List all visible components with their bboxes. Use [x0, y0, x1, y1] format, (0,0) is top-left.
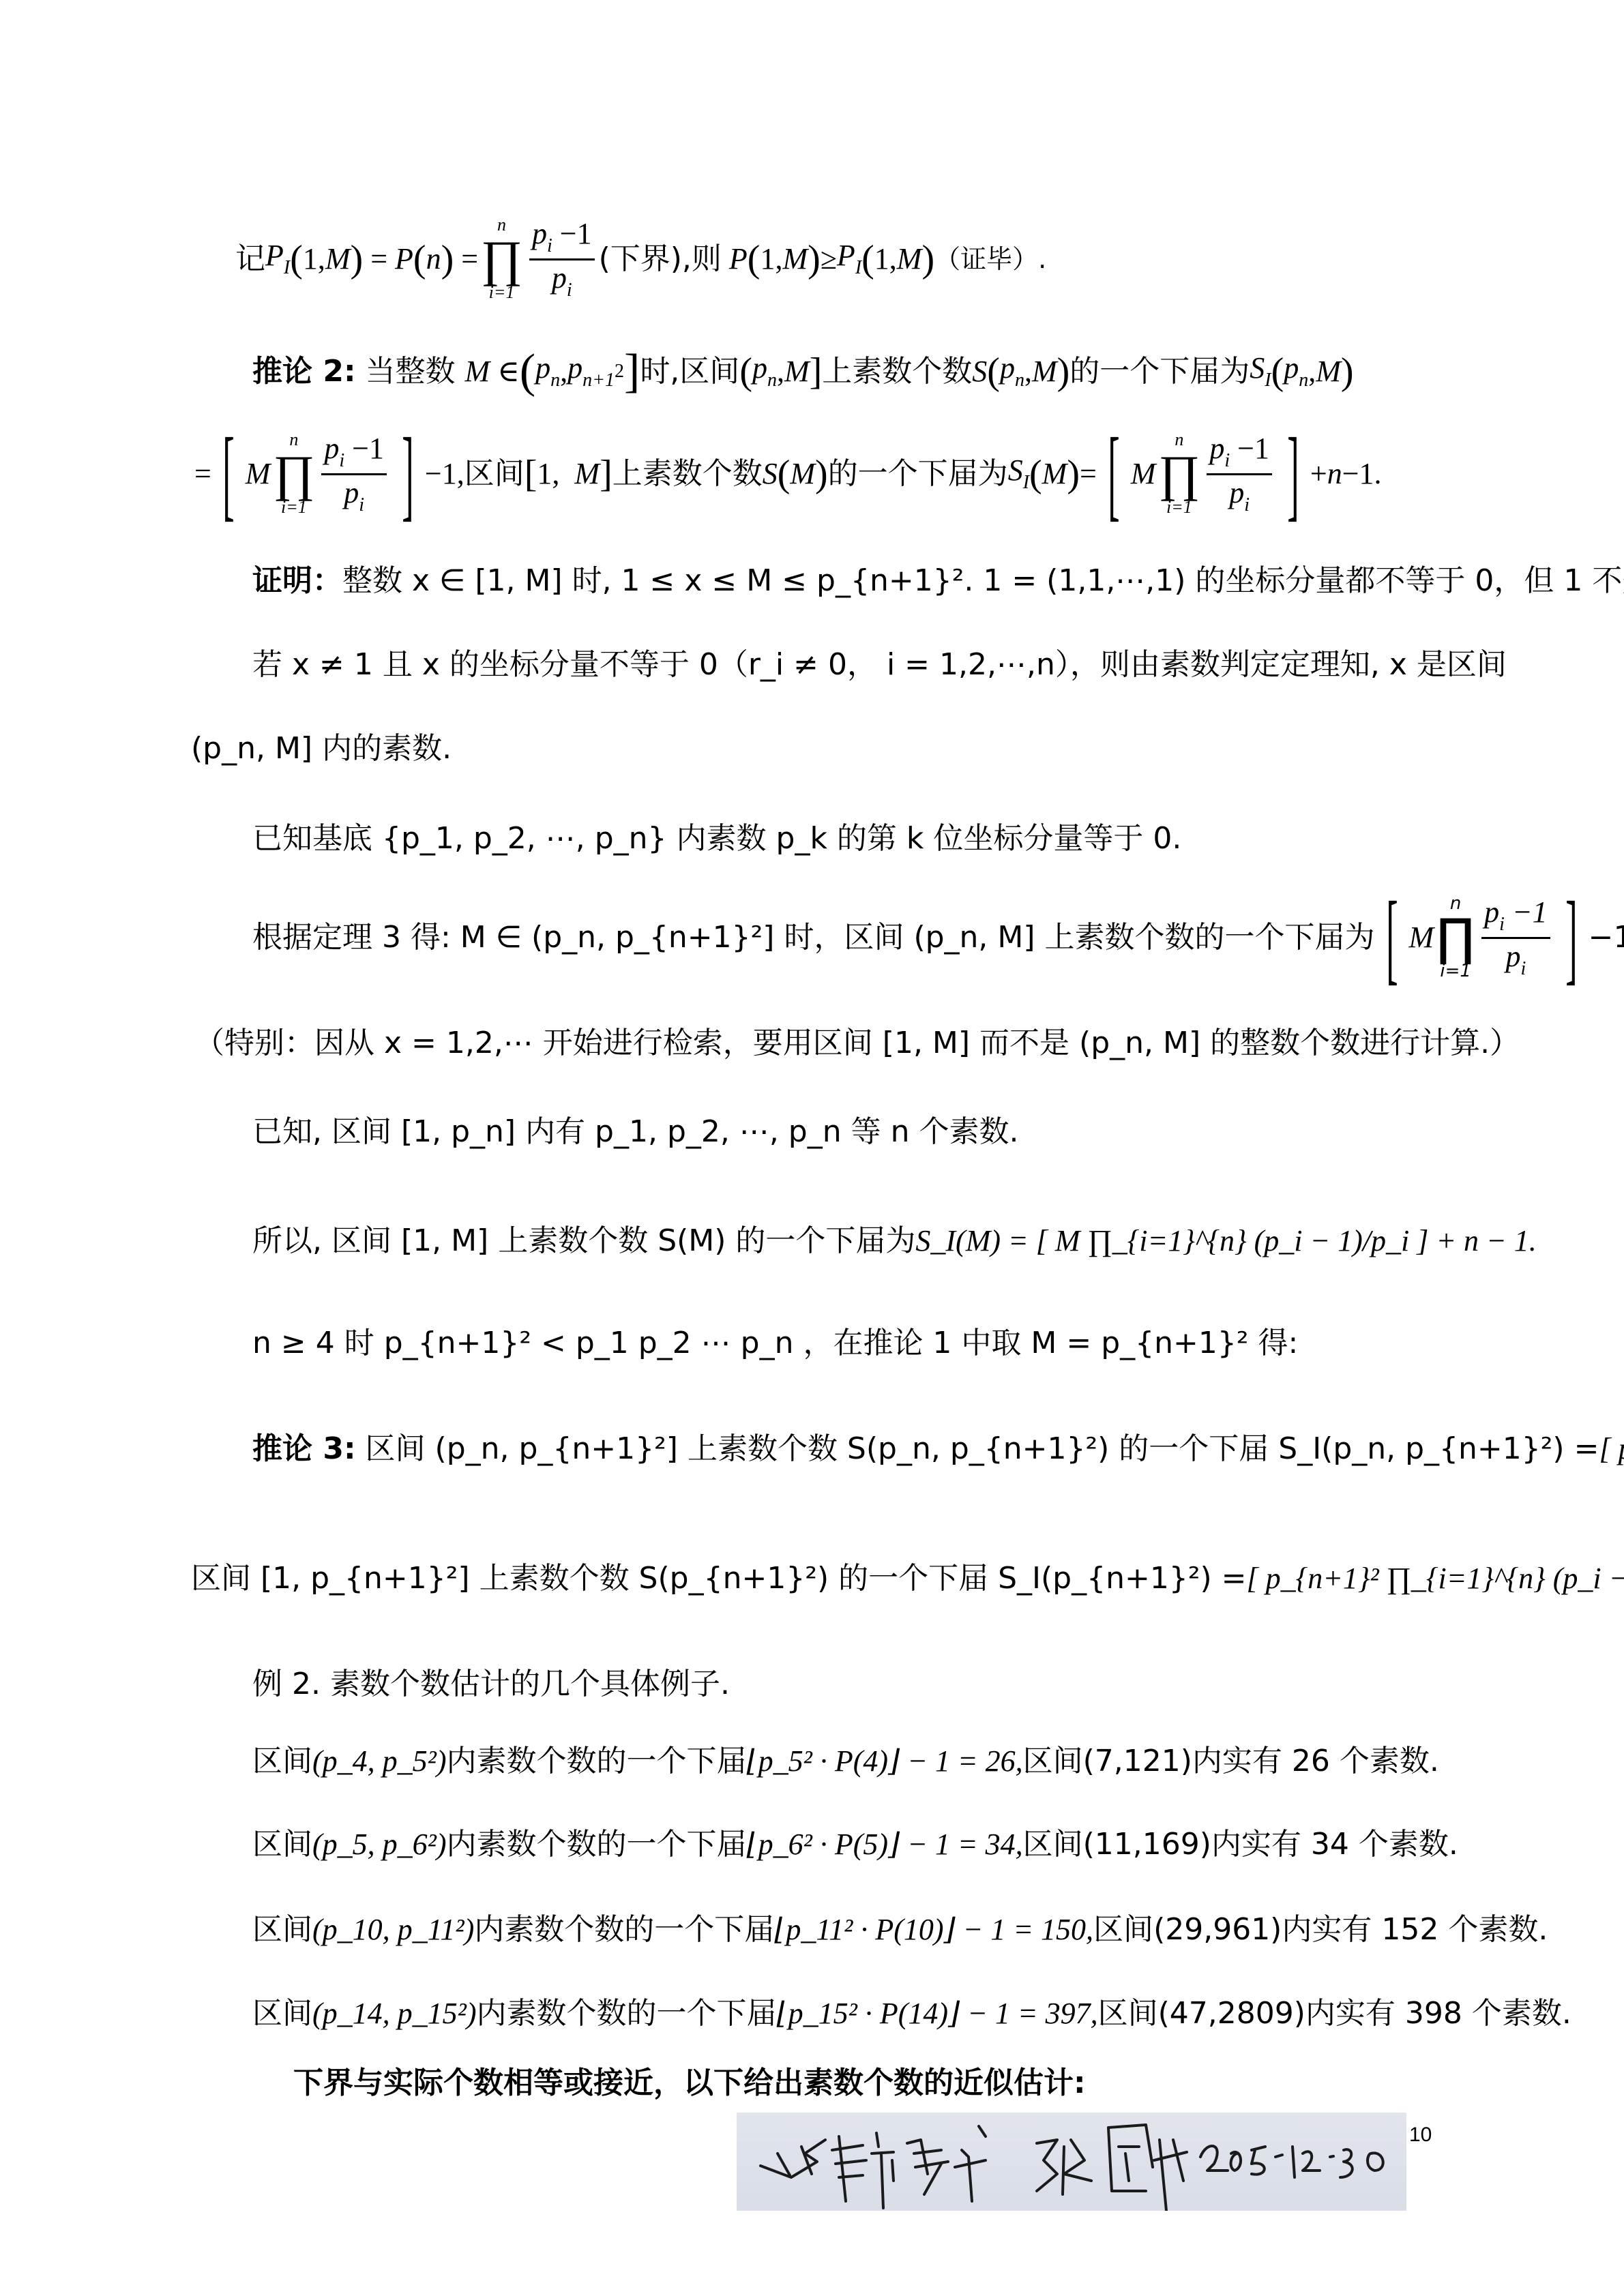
closing-line: 下界与实际个数相等或接近，以下给出素数个数的近似估计:	[293, 2063, 1086, 2104]
example-row: 区间(p_5, p_6²)内素数个数的一个下届⌊p_6² · P(5)⌋ − 1…	[252, 1821, 1458, 1868]
proof-label: 证明：	[252, 566, 342, 596]
proof-line-5: 根据定理 3 得: M ∈ (p_n, p_{n+1}²] 时，区间 (p_n,…	[252, 886, 1624, 989]
corollary-2-formula: =[M n∏i=1 pi −1pi ]−1, 区间 [1, M] 上素数个数 S…	[194, 423, 1382, 525]
qed-mark: （证毕）.	[934, 246, 1046, 272]
proof-line-4: 已知基底 {p_1, p_2, ⋯, p_n} 内素数 p_k 的第 k 位坐标…	[252, 818, 1181, 859]
text-ji: 记	[235, 244, 265, 274]
example-row: 区间(p_10, p_11²)内素数个数的一个下届⌊p_11² · P(10)⌋…	[252, 1906, 1548, 1954]
corollary-3-line-2: 区间 [1, p_{n+1}²] 上素数个数 S(p_{n+1}²) 的一个下届…	[191, 1534, 1624, 1623]
lower-bound-formula: S_I(M) = [ M ∏_{i=1}^{n} (p_i − 1)/p_i ]…	[915, 1226, 1536, 1256]
known-primes-line: 已知, 区间 [1, p_n] 内有 p_1, p_2, ⋯, p_n 等 n …	[252, 1112, 1018, 1152]
example-row: 区间(p_4, p_5²)内素数个数的一个下届⌊p_5² · P(4)⌋ − 1…	[252, 1738, 1439, 1785]
corollary-label: 推论 2	[252, 357, 344, 387]
signature-strokes	[737, 2113, 1406, 2211]
fraction: pi −1pi	[529, 219, 595, 300]
line-definition-PI: 记 PI(1,M) = P(n) = n∏i=1 pi −1pi (下界), 则…	[235, 218, 1046, 300]
handwritten-signature	[737, 2113, 1406, 2211]
corollary-3-formula-2: [ p_{n+1}² ∏_{i=1}^{n} (p_i − 1)/p_i ] +…	[1247, 1564, 1624, 1594]
example-row: 区间(p_14, p_15²)内素数个数的一个下届⌊p_15² · P(14)⌋…	[252, 1990, 1571, 2038]
corollary-3-heading: 推论 3: 区间 (p_n, p_{n+1}²] 上素数个数 S(p_n, p_…	[252, 1405, 1624, 1493]
corollary-2-heading: 推论 2: 当整数 M ∈(pn,pn+12] 时,区间 (pn,M] 上素数个…	[252, 341, 1354, 402]
lower-bound-note: (下界),	[599, 244, 692, 274]
example-title: 例 2. 素数个数估计的几个具体例子.	[252, 1664, 730, 1705]
proof-line-1: 证明： 整数 x ∈ [1, M] 时, 1 ≤ x ≤ M ≤ p_{n+1}…	[252, 561, 1624, 601]
proof-line-3: (p_n, M] 内的素数.	[191, 728, 452, 769]
proof-line-2: 若 x ≠ 1 且 x 的坐标分量不等于 0（r_i ≠ 0， i = 1,2,…	[252, 644, 1507, 685]
therefore-line: 所以, 区间 [1, M] 上素数个数 S(M) 的一个下届为 S_I(M) =…	[252, 1190, 1537, 1292]
n-ge-4-line: n ≥ 4 时 p_{n+1}² < p_1 p_2 ⋯ p_n ，在推论 1 …	[252, 1323, 1298, 1364]
product-symbol: n∏i=1	[481, 215, 522, 302]
special-note: （特别：因从 x = 1,2,⋯ 开始进行检索，要用区间 [1, M] 而不是 …	[194, 1023, 1520, 1064]
corollary-3-formula: [ p_{n+1}² ∏_{i=1}^{n} (p_i − 1)/p_i ] −…	[1599, 1434, 1624, 1464]
corollary-label: 推论 3	[252, 1434, 344, 1464]
page-number: 10	[1409, 2123, 1432, 2147]
